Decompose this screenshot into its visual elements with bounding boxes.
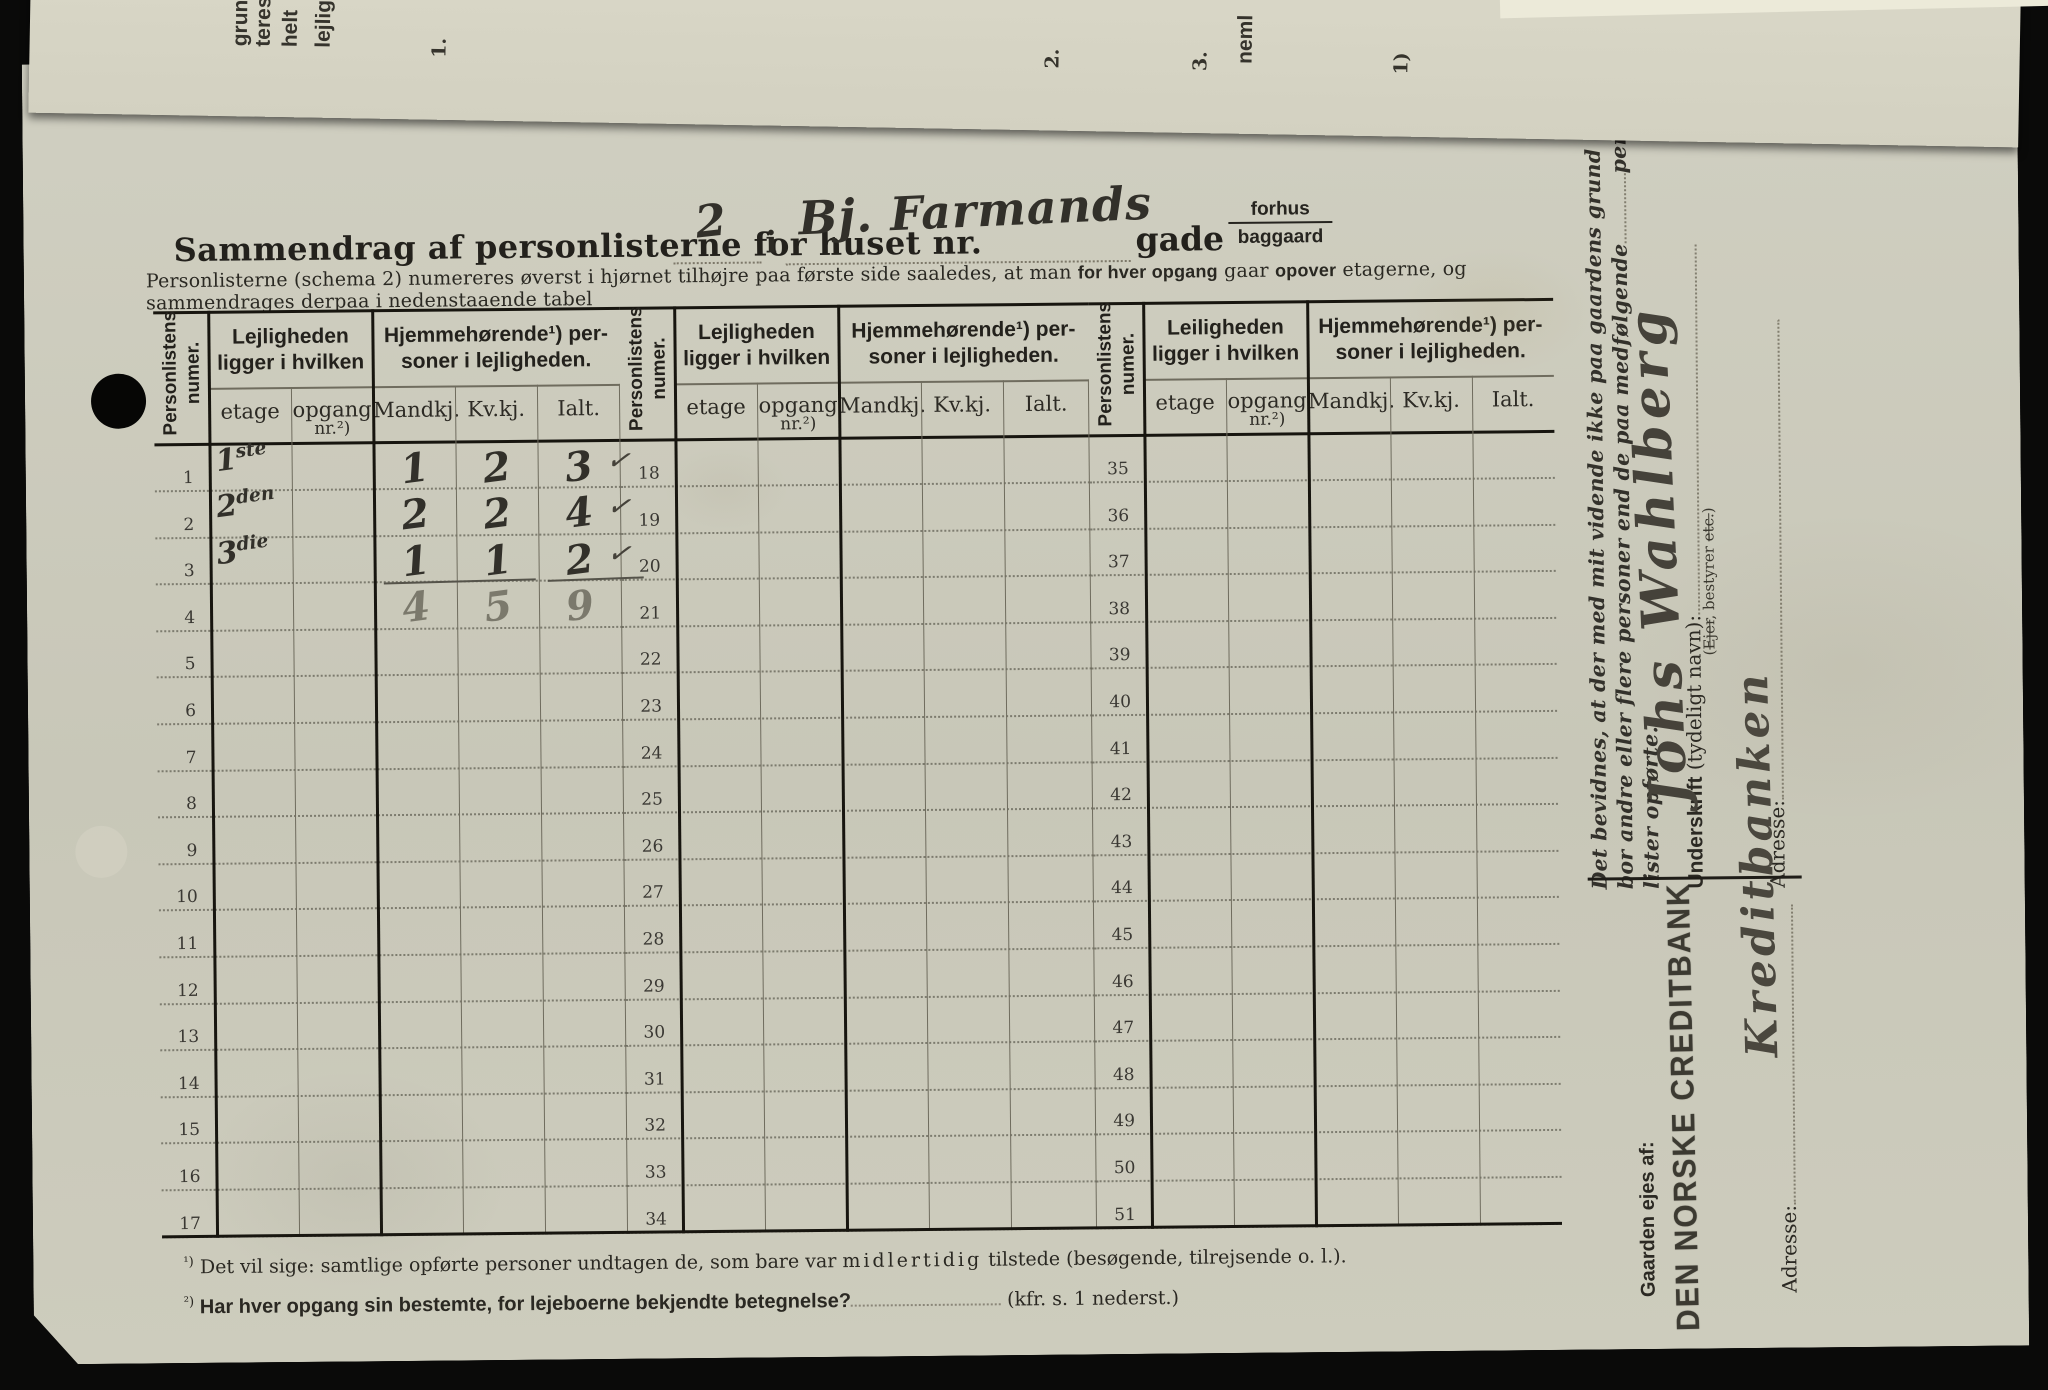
subheader-mandkj: Mandkj.: [839, 393, 921, 437]
table-row: 31: [626, 1043, 1095, 1094]
table-row: 39: [1091, 619, 1556, 670]
row-number: 16: [161, 1167, 216, 1188]
row-number: 22: [622, 650, 677, 671]
opgang-line: opgang: [1226, 389, 1308, 412]
opgang-line: opgang: [757, 394, 839, 417]
row-number: 47: [1095, 1018, 1150, 1039]
row-number: 4: [156, 608, 211, 629]
table-row: 5: [156, 628, 622, 679]
numhead-line: numer.: [181, 307, 205, 439]
table-section-2: Personlistensnumer.Lejligheden ligger i …: [619, 302, 1097, 1233]
row-number: 36: [1090, 506, 1145, 527]
table-row: 10: [158, 861, 624, 912]
group-header-hjemmehorende: Hjemmehørende¹) per- soner i lejligheden…: [838, 316, 1089, 381]
group-header-lejlighed: Lejligheden ligger i hvilken: [674, 319, 839, 384]
table-row: 26: [624, 810, 1093, 861]
qualifier-text: (: [1700, 649, 1718, 655]
subheader-etage: etage: [675, 395, 757, 439]
table-row: 38: [1091, 572, 1556, 623]
cut-text-fragment: 1): [1390, 52, 1414, 75]
row-number: 49: [1096, 1111, 1151, 1132]
row-number: 31: [626, 1069, 681, 1090]
table-row: 11: [159, 907, 625, 958]
group-header-lejlighed: Lejligheden ligger i hvilken: [208, 323, 373, 388]
row-number: 41: [1092, 739, 1147, 760]
table-row: 24: [623, 716, 1092, 767]
subheader-ialt: Ialt.: [1003, 391, 1089, 435]
row-number: 38: [1091, 599, 1146, 620]
table-row: 29: [625, 949, 1094, 1000]
opgang-line: nr.²): [291, 420, 373, 438]
table-row: 6: [157, 674, 623, 725]
table-row: 36: [1090, 479, 1555, 530]
row-number: 13: [160, 1027, 215, 1048]
row-number: 23: [623, 696, 678, 717]
subheader-opgang: opgangnr.²): [291, 398, 373, 442]
row-number: 14: [161, 1074, 216, 1095]
table-row: 40: [1092, 665, 1557, 716]
row-number: 30: [626, 1023, 681, 1044]
row-number: 40: [1092, 692, 1147, 713]
cut-text-fragment: neml: [1233, 15, 1260, 64]
row-number: 32: [627, 1116, 682, 1137]
cut-text-fragment: 1.: [428, 38, 454, 58]
opgang-line: opgang: [291, 398, 373, 421]
subheader-kvkj: Kv.kj.: [1390, 388, 1472, 432]
numhead-line: Personlistens: [624, 303, 648, 435]
footnote-1-text: tilstede (besøgende, tilrejsende o. l.).: [982, 1245, 1347, 1270]
subheader-kvkj: Kv.kj.: [455, 397, 537, 441]
group-header-hjemmehorende: Hjemmehørende¹) per- soner i lejligheden…: [372, 321, 620, 386]
row-number: 20: [622, 557, 677, 578]
row-number: 3: [156, 561, 211, 582]
cut-text-fragment: helt: [279, 10, 306, 48]
row-number: 27: [625, 883, 680, 904]
table-top-border: [1088, 298, 1553, 305]
qualifier-text: ): [1699, 507, 1717, 513]
attestation-dots: [1609, 173, 1627, 243]
group-header-hjemmehorende: Hjemmehørende¹) per- soner i lejligheden…: [1307, 312, 1554, 377]
cut-text-fragment: grun teres: [229, 0, 276, 47]
table-row: 21: [622, 577, 1091, 628]
numhead-line: numer.: [1116, 298, 1140, 430]
row-number: 50: [1096, 1158, 1151, 1179]
table-row: 9: [158, 814, 624, 865]
numhead-line: Personlistens: [158, 307, 182, 439]
personlistens-numer-header: Personlistensnumer.: [1093, 298, 1140, 430]
row-number: 21: [622, 603, 677, 624]
qualifier-text: , bestyrer: [1699, 541, 1718, 619]
row-number: 42: [1093, 785, 1148, 806]
table-section-1: Personlistensnumer.Lejligheden ligger i …: [153, 307, 628, 1238]
table-row: 28: [625, 903, 1094, 954]
table-top-border: [153, 307, 619, 314]
table-row: 34: [628, 1182, 1097, 1233]
table-row: 32: [627, 1089, 1096, 1140]
table-row: 13: [160, 1001, 626, 1052]
row-number: 10: [159, 887, 214, 908]
table-row: 37: [1090, 526, 1555, 577]
subheader-ialt: Ialt.: [1472, 387, 1554, 431]
table-row: 23: [623, 670, 1092, 721]
numhead-line: numer.: [647, 302, 671, 434]
table-row: 46: [1094, 945, 1559, 996]
row-number: 46: [1095, 972, 1150, 993]
table-row: 43: [1093, 805, 1558, 856]
table-row: 20: [621, 530, 1090, 581]
footnote-1-marker: ¹): [183, 1255, 194, 1270]
row-number: 11: [159, 934, 214, 955]
row-number: 37: [1091, 552, 1146, 573]
table-top-border: [619, 302, 1088, 310]
row-number: 6: [157, 701, 212, 722]
row-number: 15: [161, 1120, 216, 1141]
table-row: 51: [1097, 1178, 1562, 1229]
table-row: 50: [1096, 1131, 1561, 1182]
personlistens-numer-header: Personlistensnumer.: [158, 307, 205, 439]
row-number: 48: [1095, 1065, 1150, 1086]
row-number: 45: [1094, 925, 1149, 946]
table-section-3: Personlistensnumer.Leiligheden ligger i …: [1088, 298, 1562, 1229]
footnote-1-emphasis: midlertidig: [842, 1249, 982, 1272]
etage-suffix: ste: [234, 437, 267, 462]
row-number: 24: [623, 743, 678, 764]
table-row: 30: [626, 996, 1095, 1047]
subheader-opgang: opgangnr.²): [1226, 389, 1308, 433]
row-number: 7: [157, 747, 212, 768]
table-row: 48: [1095, 1038, 1560, 1089]
row-number: 5: [156, 654, 211, 675]
opgang-line: nr.²): [757, 416, 839, 434]
row-number: 39: [1091, 645, 1146, 666]
footnote-2-reference: (kfr. s. 1 nederst.): [1007, 1287, 1179, 1311]
table-row: 27: [624, 856, 1093, 907]
row-number: 25: [624, 790, 679, 811]
row-number: 2: [155, 515, 210, 536]
numhead-line: Personlistens: [1093, 298, 1117, 430]
cut-text-fragment: 3.: [1189, 51, 1215, 71]
table-row: 25: [624, 763, 1093, 814]
owner-label: Gaarden ejes af:: [1636, 1141, 1665, 1297]
table-row: 16: [161, 1140, 627, 1191]
cut-text-fragment: 2.: [1041, 48, 1067, 68]
table-row: 8: [158, 768, 624, 819]
table-row: 44: [1093, 852, 1558, 903]
table-row: 12: [159, 954, 625, 1005]
table-row: 42: [1093, 759, 1558, 810]
table-row: 18: [620, 437, 1089, 488]
cut-text-fragment: lejlig: [312, 0, 339, 48]
address-text: Adresse:: [1777, 1205, 1802, 1293]
row-number: 44: [1094, 878, 1149, 899]
row-number: 18: [621, 463, 676, 484]
subheader-kvkj: Kv.kj.: [921, 392, 1003, 436]
qualifier-struck-etc: etc.: [1699, 513, 1717, 541]
table-row: 35: [1089, 432, 1554, 483]
subheader-ialt: Ialt.: [537, 396, 620, 440]
footnote-2-marker: ²): [184, 1295, 195, 1310]
row-number: 34: [628, 1209, 683, 1230]
etage-suffix: den: [235, 483, 276, 509]
row-number: 12: [160, 980, 215, 1001]
table-row: 15: [161, 1094, 627, 1145]
row-number: 51: [1097, 1204, 1152, 1225]
address-line-2: [1776, 905, 1796, 1205]
row-number: 19: [621, 510, 676, 531]
qualifier-struck-ejer: Ejer: [1700, 619, 1718, 649]
group-header-lejlighed: Leiligheden ligger i hvilken: [1143, 314, 1308, 379]
subheader-opgang: opgangnr.²): [757, 394, 839, 438]
table-row: 49: [1096, 1085, 1561, 1136]
table-row: 14: [160, 1047, 626, 1098]
row-number: 1: [155, 468, 210, 489]
table-row: 19: [621, 483, 1090, 534]
address-label-2: Adresse:: [1774, 905, 1806, 1293]
row-number: 28: [625, 929, 680, 950]
etage-suffix: die: [235, 530, 269, 555]
subheader-etage: etage: [1144, 390, 1226, 434]
main-form-sheet: Sammendrag af personlisterne for huset n…: [22, 45, 2029, 1364]
table-row: 41: [1092, 712, 1557, 763]
row-number: 26: [624, 836, 679, 857]
table-row: 33: [627, 1136, 1096, 1187]
table-row: 7: [157, 721, 623, 772]
row-number: 43: [1093, 832, 1148, 853]
signer-qualifier: (Ejer, bestyrer etc.): [1699, 507, 1717, 655]
opgang-line: nr.²): [1226, 411, 1308, 429]
row-number: 8: [158, 794, 213, 815]
row-number: 17: [162, 1213, 217, 1234]
scanned-census-summary-page: Sammendrag af personlisterne for huset n…: [0, 0, 2048, 1390]
footnote-2-answer-line: [851, 1290, 1001, 1307]
row-number: 9: [158, 841, 213, 862]
table-row: 17: [162, 1187, 628, 1238]
table-row: 22: [622, 623, 1091, 674]
table-row: 47: [1095, 992, 1560, 1043]
row-number: 33: [627, 1162, 682, 1183]
row-number: 35: [1090, 459, 1145, 480]
personlistens-numer-header: Personlistensnumer.: [624, 302, 671, 434]
table-row: 45: [1094, 898, 1559, 949]
row-number: 29: [626, 976, 681, 997]
subheader-mandkj: Mandkj.: [1308, 388, 1390, 432]
subheader-mandkj: Mandkj.: [373, 397, 455, 441]
